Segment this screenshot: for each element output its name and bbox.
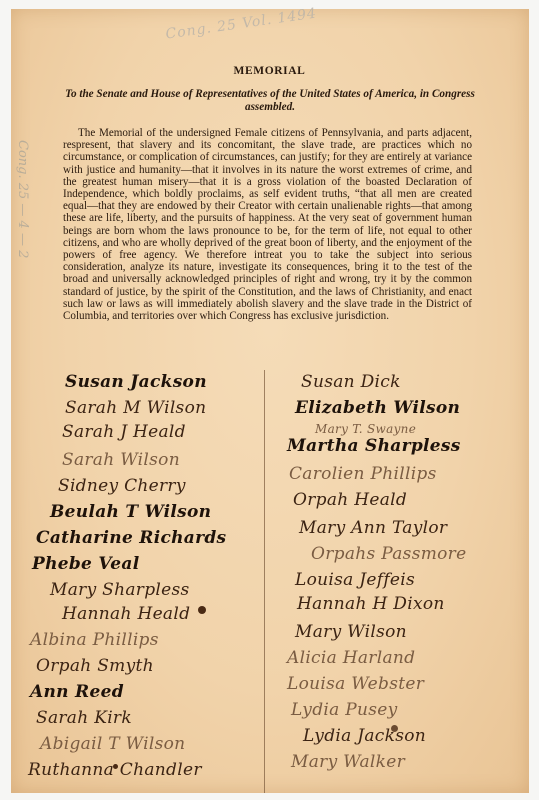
signature: Hannah Heald	[62, 604, 190, 624]
signature: Beulah T Wilson	[50, 502, 211, 522]
signature: Alicia Harland	[287, 648, 415, 668]
signature: Lydia Pusey	[291, 700, 398, 720]
signature: Hannah H Dixon	[297, 594, 445, 614]
memorial-body: The Memorial of the undersigned Female c…	[63, 127, 472, 322]
signature: Sidney Cherry	[58, 476, 186, 496]
signature: Susan Dick	[301, 372, 401, 392]
signature: Catharine Richards	[36, 528, 226, 548]
signature: Sarah Kirk	[36, 708, 132, 728]
signature: Ann Reed	[30, 682, 124, 702]
signature: Susan Jackson	[65, 372, 207, 392]
signature-column-divider	[264, 370, 265, 793]
signature: Louisa Jeffeis	[295, 570, 415, 590]
signature: Orpah Smyth	[36, 656, 154, 676]
signature: Orpah Heald	[293, 490, 407, 510]
signature: Abigail T Wilson	[40, 734, 185, 754]
signature: Elizabeth Wilson	[295, 398, 460, 418]
signature: Sarah Wilson	[62, 450, 180, 470]
signature: Sarah M Wilson	[65, 398, 206, 418]
signature: Orpahs Passmore	[311, 544, 466, 564]
ink-blot	[391, 725, 398, 732]
ink-blot	[198, 606, 206, 614]
signature: Louisa Webster	[287, 674, 424, 694]
signature: Lydia Jackson	[303, 726, 426, 746]
document-address: To the Senate and House of Representativ…	[60, 88, 480, 114]
pencil-margin-note: Cong. 25 — 4 — 2	[15, 140, 30, 258]
signature: Mary Wilson	[295, 622, 407, 642]
signature: Martha Sharpless	[287, 436, 461, 456]
signature: Albina Phillips	[30, 630, 159, 650]
signature: Mary Sharpless	[50, 580, 190, 600]
signature: Ruthanna Chandler	[28, 760, 202, 780]
signature: Mary Walker	[291, 752, 405, 772]
signature: Carolien Phillips	[289, 464, 437, 484]
signature: Sarah J Heald	[62, 422, 186, 442]
signature: Phebe Veal	[32, 554, 140, 574]
document-title: MEMORIAL	[0, 65, 539, 77]
signature: Mary T. Swayne	[315, 422, 416, 436]
ink-blot	[113, 764, 118, 769]
signature: Mary Ann Taylor	[299, 518, 447, 538]
